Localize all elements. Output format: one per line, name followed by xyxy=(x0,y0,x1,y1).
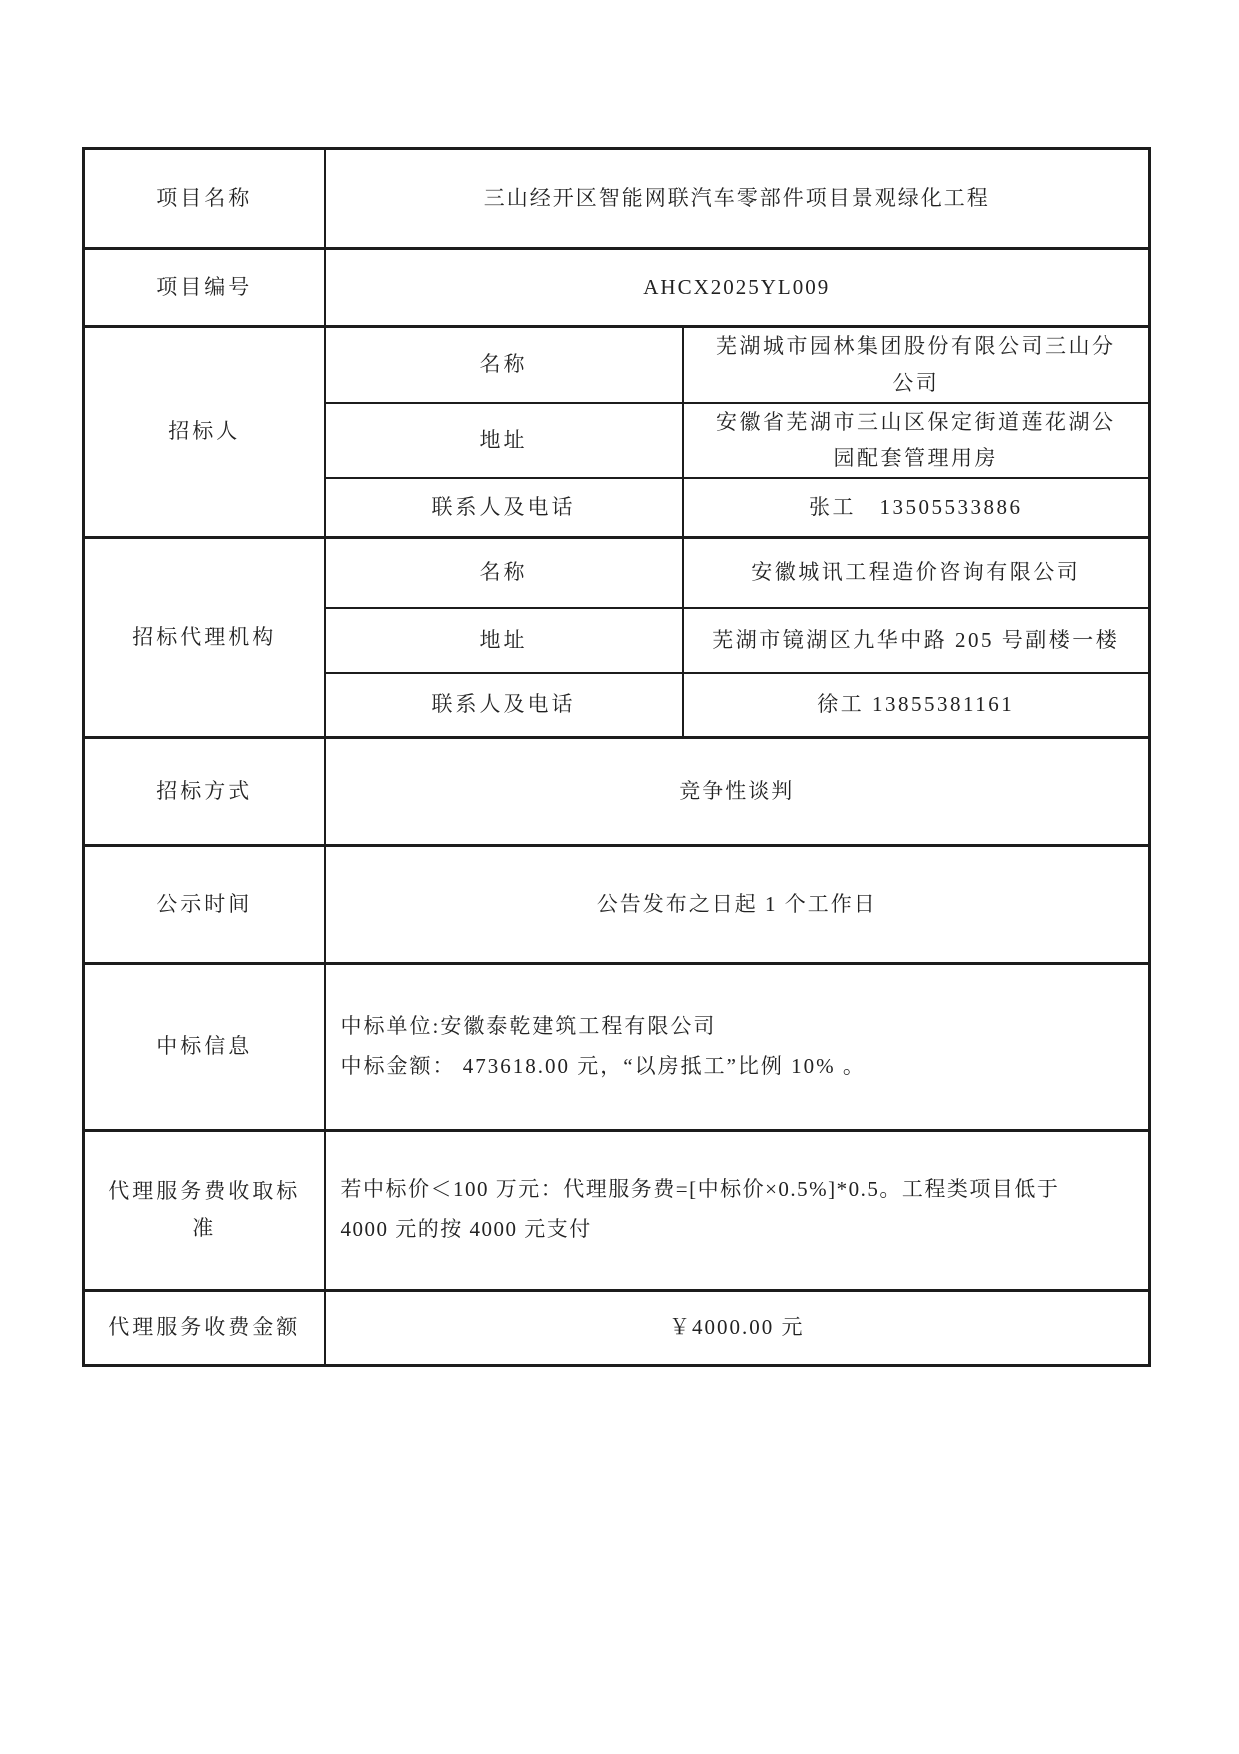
row-award: 中标信息 中标单位:安徽泰乾建筑工程有限公司 中标金额： 473618.00 元… xyxy=(84,963,1150,1130)
publicity-value: 公告发布之日起 1 个工作日 xyxy=(325,845,1150,963)
fee-amount-label: 代理服务收费金额 xyxy=(84,1290,325,1365)
agency-name-label: 名称 xyxy=(325,537,683,608)
tenderer-address-label: 地址 xyxy=(325,403,683,479)
agency-contact-label: 联系人及电话 xyxy=(325,673,683,737)
agency-address-value: 芜湖市镜湖区九华中路 205 号副楼一楼 xyxy=(683,608,1150,673)
tenderer-contact-value: 张工 13505533886 xyxy=(683,478,1150,537)
award-amount-line: 中标金额： 473618.00 元，“以房抵工”比例 10% 。 xyxy=(341,1047,1129,1087)
row-agency-name: 招标代理机构 名称 安徽城讯工程造价咨询有限公司 xyxy=(84,537,1150,608)
tenderer-contact-label: 联系人及电话 xyxy=(325,478,683,537)
row-project-no: 项目编号 AHCX2025YL009 xyxy=(84,249,1150,327)
agency-contact-value: 徐工 13855381161 xyxy=(683,673,1150,737)
agency-address-label: 地址 xyxy=(325,608,683,673)
award-winner-line: 中标单位:安徽泰乾建筑工程有限公司 xyxy=(341,1007,1129,1047)
fee-standard-value: 若中标价＜100 万元：代理服务费=[中标价×0.5%]*0.5。工程类项目低于… xyxy=(325,1130,1150,1290)
fee-amount-value: ￥4000.00 元 xyxy=(325,1290,1150,1365)
row-method: 招标方式 竞争性谈判 xyxy=(84,737,1150,845)
agency-name-value: 安徽城讯工程造价咨询有限公司 xyxy=(683,537,1150,608)
tenderer-name-value: 芜湖城市园林集团股份有限公司三山分公司 xyxy=(683,327,1150,403)
row-publicity: 公示时间 公告发布之日起 1 个工作日 xyxy=(84,845,1150,963)
tenderer-address-value: 安徽省芜湖市三山区保定街道莲花湖公园配套管理用房 xyxy=(683,403,1150,479)
tenderer-label: 招标人 xyxy=(84,327,325,538)
project-name-label: 项目名称 xyxy=(84,149,325,249)
row-fee-standard: 代理服务费收取标准 若中标价＜100 万元：代理服务费=[中标价×0.5%]*0… xyxy=(84,1130,1150,1290)
project-name-value: 三山经开区智能网联汽车零部件项目景观绿化工程 xyxy=(325,149,1150,249)
fee-standard-label: 代理服务费收取标准 xyxy=(84,1130,325,1290)
agency-label: 招标代理机构 xyxy=(84,537,325,737)
method-value: 竞争性谈判 xyxy=(325,737,1150,845)
row-fee-amount: 代理服务收费金额 ￥4000.00 元 xyxy=(84,1290,1150,1365)
row-tenderer-name: 招标人 名称 芜湖城市园林集团股份有限公司三山分公司 xyxy=(84,327,1150,403)
method-label: 招标方式 xyxy=(84,737,325,845)
tender-result-table: 项目名称 三山经开区智能网联汽车零部件项目景观绿化工程 项目编号 AHCX202… xyxy=(82,147,1151,1367)
project-no-label: 项目编号 xyxy=(84,249,325,327)
award-value: 中标单位:安徽泰乾建筑工程有限公司 中标金额： 473618.00 元，“以房抵… xyxy=(325,963,1150,1130)
tenderer-name-label: 名称 xyxy=(325,327,683,403)
row-project-name: 项目名称 三山经开区智能网联汽车零部件项目景观绿化工程 xyxy=(84,149,1150,249)
publicity-label: 公示时间 xyxy=(84,845,325,963)
award-label: 中标信息 xyxy=(84,963,325,1130)
project-no-value: AHCX2025YL009 xyxy=(325,249,1150,327)
